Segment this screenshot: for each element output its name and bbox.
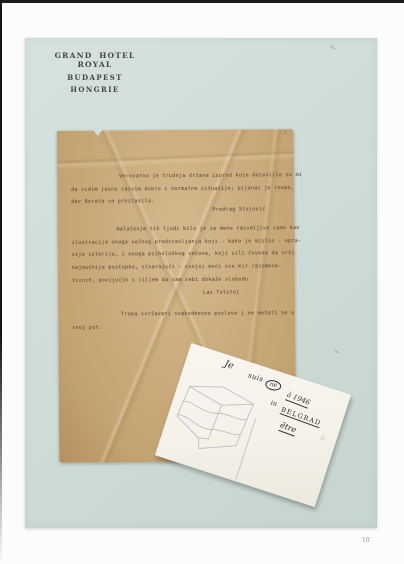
signature-predrag-stojovic: Predrag Stojović <box>212 206 265 212</box>
letterhead-line2: BUDAPEST <box>45 73 145 82</box>
typed-line: Verovatno je trudnja država ispred koje … <box>119 172 302 179</box>
typed-line: Nalaženje tih ljudi bilo je za mene razu… <box>116 225 299 232</box>
handwritten-note: Je suis né à 1946 in BELGRAD être 6 <box>155 343 351 507</box>
note-word-etre: être <box>278 420 297 436</box>
book-page-number: 10 <box>362 537 370 544</box>
note-faint-mark: 6 <box>319 434 326 443</box>
album-page: GRAND HOTEL ROYAL BUDAPEST HONGRIE 1 Ver… <box>25 38 377 528</box>
note-circled-word: né <box>264 379 282 392</box>
letterhead-line1: GRAND HOTEL ROYAL <box>45 51 145 69</box>
typed-line: dev Boreta se proslavila. <box>71 198 154 205</box>
typed-line: da vidim jasno sasvim dobro i normalne s… <box>71 185 294 193</box>
photo-top-border <box>0 0 404 3</box>
typed-line: najmučnije postupke, stvarajući - svojoj… <box>72 263 282 271</box>
typed-line: tivnih, povijućih s ciljem da sam sebi d… <box>72 276 252 283</box>
note-word-suis: suis <box>247 371 265 384</box>
signature-lav-tolstoj: Lav Tolstoj <box>203 290 240 296</box>
note-word-je: Je <box>223 358 235 371</box>
postcard: Je suis né à 1946 in BELGRAD être 6 <box>155 343 351 507</box>
letterhead-line3: HONGRIE <box>45 85 145 94</box>
scanned-album-photo: GRAND HOTEL ROYAL BUDAPEST HONGRIE 1 Ver… <box>0 0 404 564</box>
typed-line: Treba svršavati svakodnevne poslove i ne… <box>121 310 294 317</box>
pen-scratch-mark <box>330 45 335 50</box>
typed-line: vije istoriju, i onoga psihološkog večon… <box>72 250 295 258</box>
note-word-in: in <box>270 399 278 409</box>
typed-line: svoj put. <box>72 325 102 331</box>
typed-line: ilustracija onoga večnog predstavljanja … <box>72 238 302 246</box>
hotel-letterhead: GRAND HOTEL ROYAL BUDAPEST HONGRIE <box>45 51 145 94</box>
note-date-fragment: à 1946 <box>285 391 311 409</box>
pen-scratch-mark <box>334 350 339 354</box>
photo-left-border <box>0 0 2 564</box>
